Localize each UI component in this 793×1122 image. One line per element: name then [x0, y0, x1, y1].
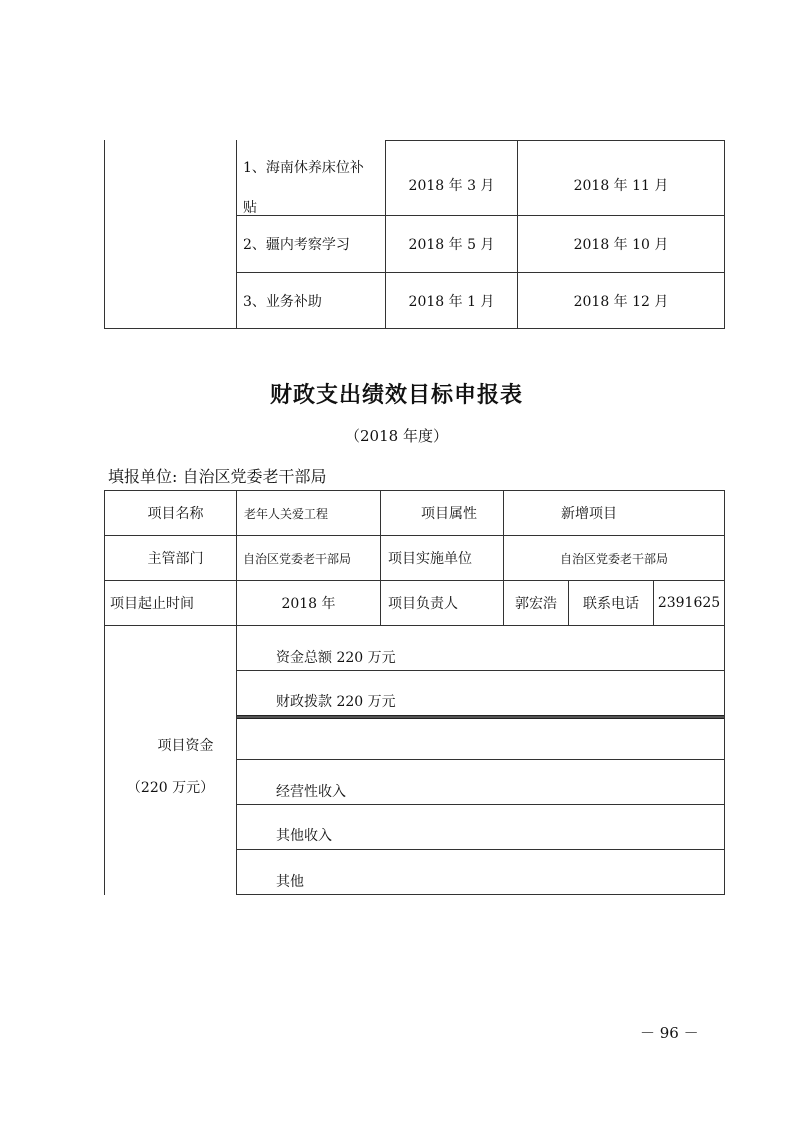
- funds-row-other-income: 其他收入: [276, 818, 332, 852]
- owner: 郭宏浩: [504, 581, 568, 625]
- item-1-label: 1、海南休养床位补: [243, 152, 364, 182]
- project-attr: 新增项目: [504, 491, 724, 535]
- impl-unit: 自治区党委老干部局: [504, 536, 724, 580]
- item-3-start: 2018 年 1 月: [386, 273, 517, 328]
- item-3-label: 3、业务补助: [243, 273, 322, 328]
- funds-row-fiscal: 财政拨款 220 万元: [276, 684, 396, 718]
- item-1-start: 2018 年 3 月: [386, 170, 517, 200]
- dept: 自治区党委老干部局: [243, 536, 351, 580]
- page-number: － 96 －: [640, 1022, 699, 1043]
- project-attr-label: 项目属性: [381, 491, 503, 535]
- project-name: 老年人关爱工程: [244, 491, 328, 535]
- impl-unit-label: 项目实施单位: [388, 536, 472, 580]
- phone: 2391625: [654, 581, 724, 625]
- funds-row-operating: 经营性收入: [276, 774, 346, 808]
- project-name-label: 项目名称: [105, 491, 236, 535]
- funds-row-total: 资金总额 220 万元: [276, 640, 396, 674]
- dept-label: 主管部门: [105, 536, 236, 580]
- funds-row-other: 其他: [276, 864, 304, 898]
- item-3-end: 2018 年 12 月: [518, 273, 724, 328]
- owner-label: 项目负责人: [388, 581, 458, 625]
- phone-label: 联系电话: [569, 581, 653, 625]
- item-1-end: 2018 年 11 月: [518, 170, 724, 200]
- form-subtitle: （2018 年度）: [0, 425, 793, 446]
- item-2-start: 2018 年 5 月: [386, 216, 517, 272]
- period: 2018 年: [237, 581, 380, 625]
- item-2-label: 2、疆内考察学习: [243, 216, 350, 272]
- funds-total: （220 万元）: [105, 772, 236, 802]
- reporting-unit: 填报单位: 自治区党委老干部局: [108, 464, 326, 487]
- item-2-end: 2018 年 10 月: [518, 216, 724, 272]
- funds-label: 项目资金: [105, 730, 236, 760]
- form-title: 财政支出绩效目标申报表: [0, 378, 793, 409]
- period-label: 项目起止时间: [110, 581, 194, 625]
